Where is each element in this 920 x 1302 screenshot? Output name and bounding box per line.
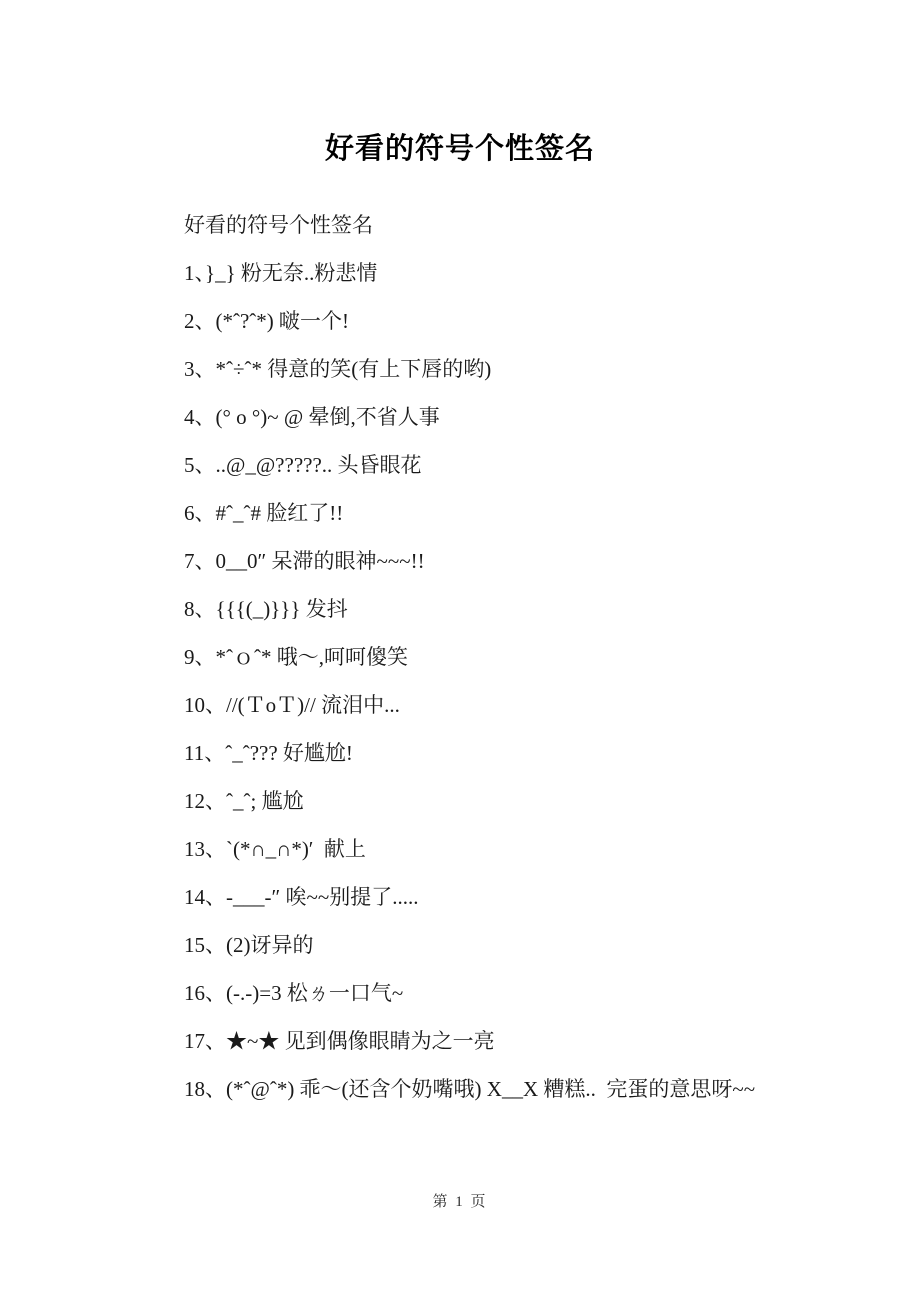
signature-item: 17、★~★ 见到偶像眼睛为之一亮 bbox=[139, 1017, 787, 1065]
signature-item: 8、{{{(_)}}} 发抖 bbox=[139, 585, 787, 633]
document-page: 好看的符号个性签名 好看的符号个性签名 1、}_} 粉无奈..粉悲情 2、(*ˆ… bbox=[0, 0, 920, 1302]
signature-item: 13、`(*∩_∩*)′ 献上 bbox=[139, 825, 787, 873]
intro-line: 好看的符号个性签名 bbox=[139, 201, 787, 249]
page-footer: 第 1 页 bbox=[0, 1190, 920, 1211]
signature-item: 4、(° o °)~ @ 晕倒,不省人事 bbox=[139, 393, 787, 441]
signature-item: 7、0__0″ 呆滞的眼神~~~!! bbox=[139, 537, 787, 585]
signature-item: 10、//(ＴoＴ)// 流泪中... bbox=[139, 681, 787, 729]
signature-item: 2、(*ˆ?ˆ*) 啵一个! bbox=[139, 297, 787, 345]
document-title: 好看的符号个性签名 bbox=[0, 126, 920, 167]
signature-item: 6、#ˆ_ˆ# 脸红了!! bbox=[139, 489, 787, 537]
signature-item: 16、(-.-)=3 松ㄌ一口气~ bbox=[139, 969, 787, 1017]
signature-list: 好看的符号个性签名 1、}_} 粉无奈..粉悲情 2、(*ˆ?ˆ*) 啵一个! … bbox=[139, 201, 787, 1113]
signature-item: 1、}_} 粉无奈..粉悲情 bbox=[139, 249, 787, 297]
signature-item: 5、..@_@?????.. 头昏眼花 bbox=[139, 441, 787, 489]
signature-item: 9、*ˆｏˆ* 哦～,呵呵傻笑 bbox=[139, 633, 787, 681]
signature-item: 14、-___-″ 唉~~别提了..... bbox=[139, 873, 787, 921]
signature-item: 12、ˆ_ˆ; 尴尬 bbox=[139, 777, 787, 825]
signature-item: 15、(2)讶异的 bbox=[139, 921, 787, 969]
signature-item: 18、(*ˆ@ˆ*) 乖～(还含个奶嘴哦) X__X 糟糕.. 完蛋的意思呀~~ bbox=[139, 1065, 787, 1113]
signature-item: 3、*ˆ÷ˆ* 得意的笑(有上下唇的哟) bbox=[139, 345, 787, 393]
signature-item: 11、ˆ_ˆ??? 好尴尬! bbox=[139, 729, 787, 777]
page-number: 第 1 页 bbox=[432, 1194, 487, 1210]
